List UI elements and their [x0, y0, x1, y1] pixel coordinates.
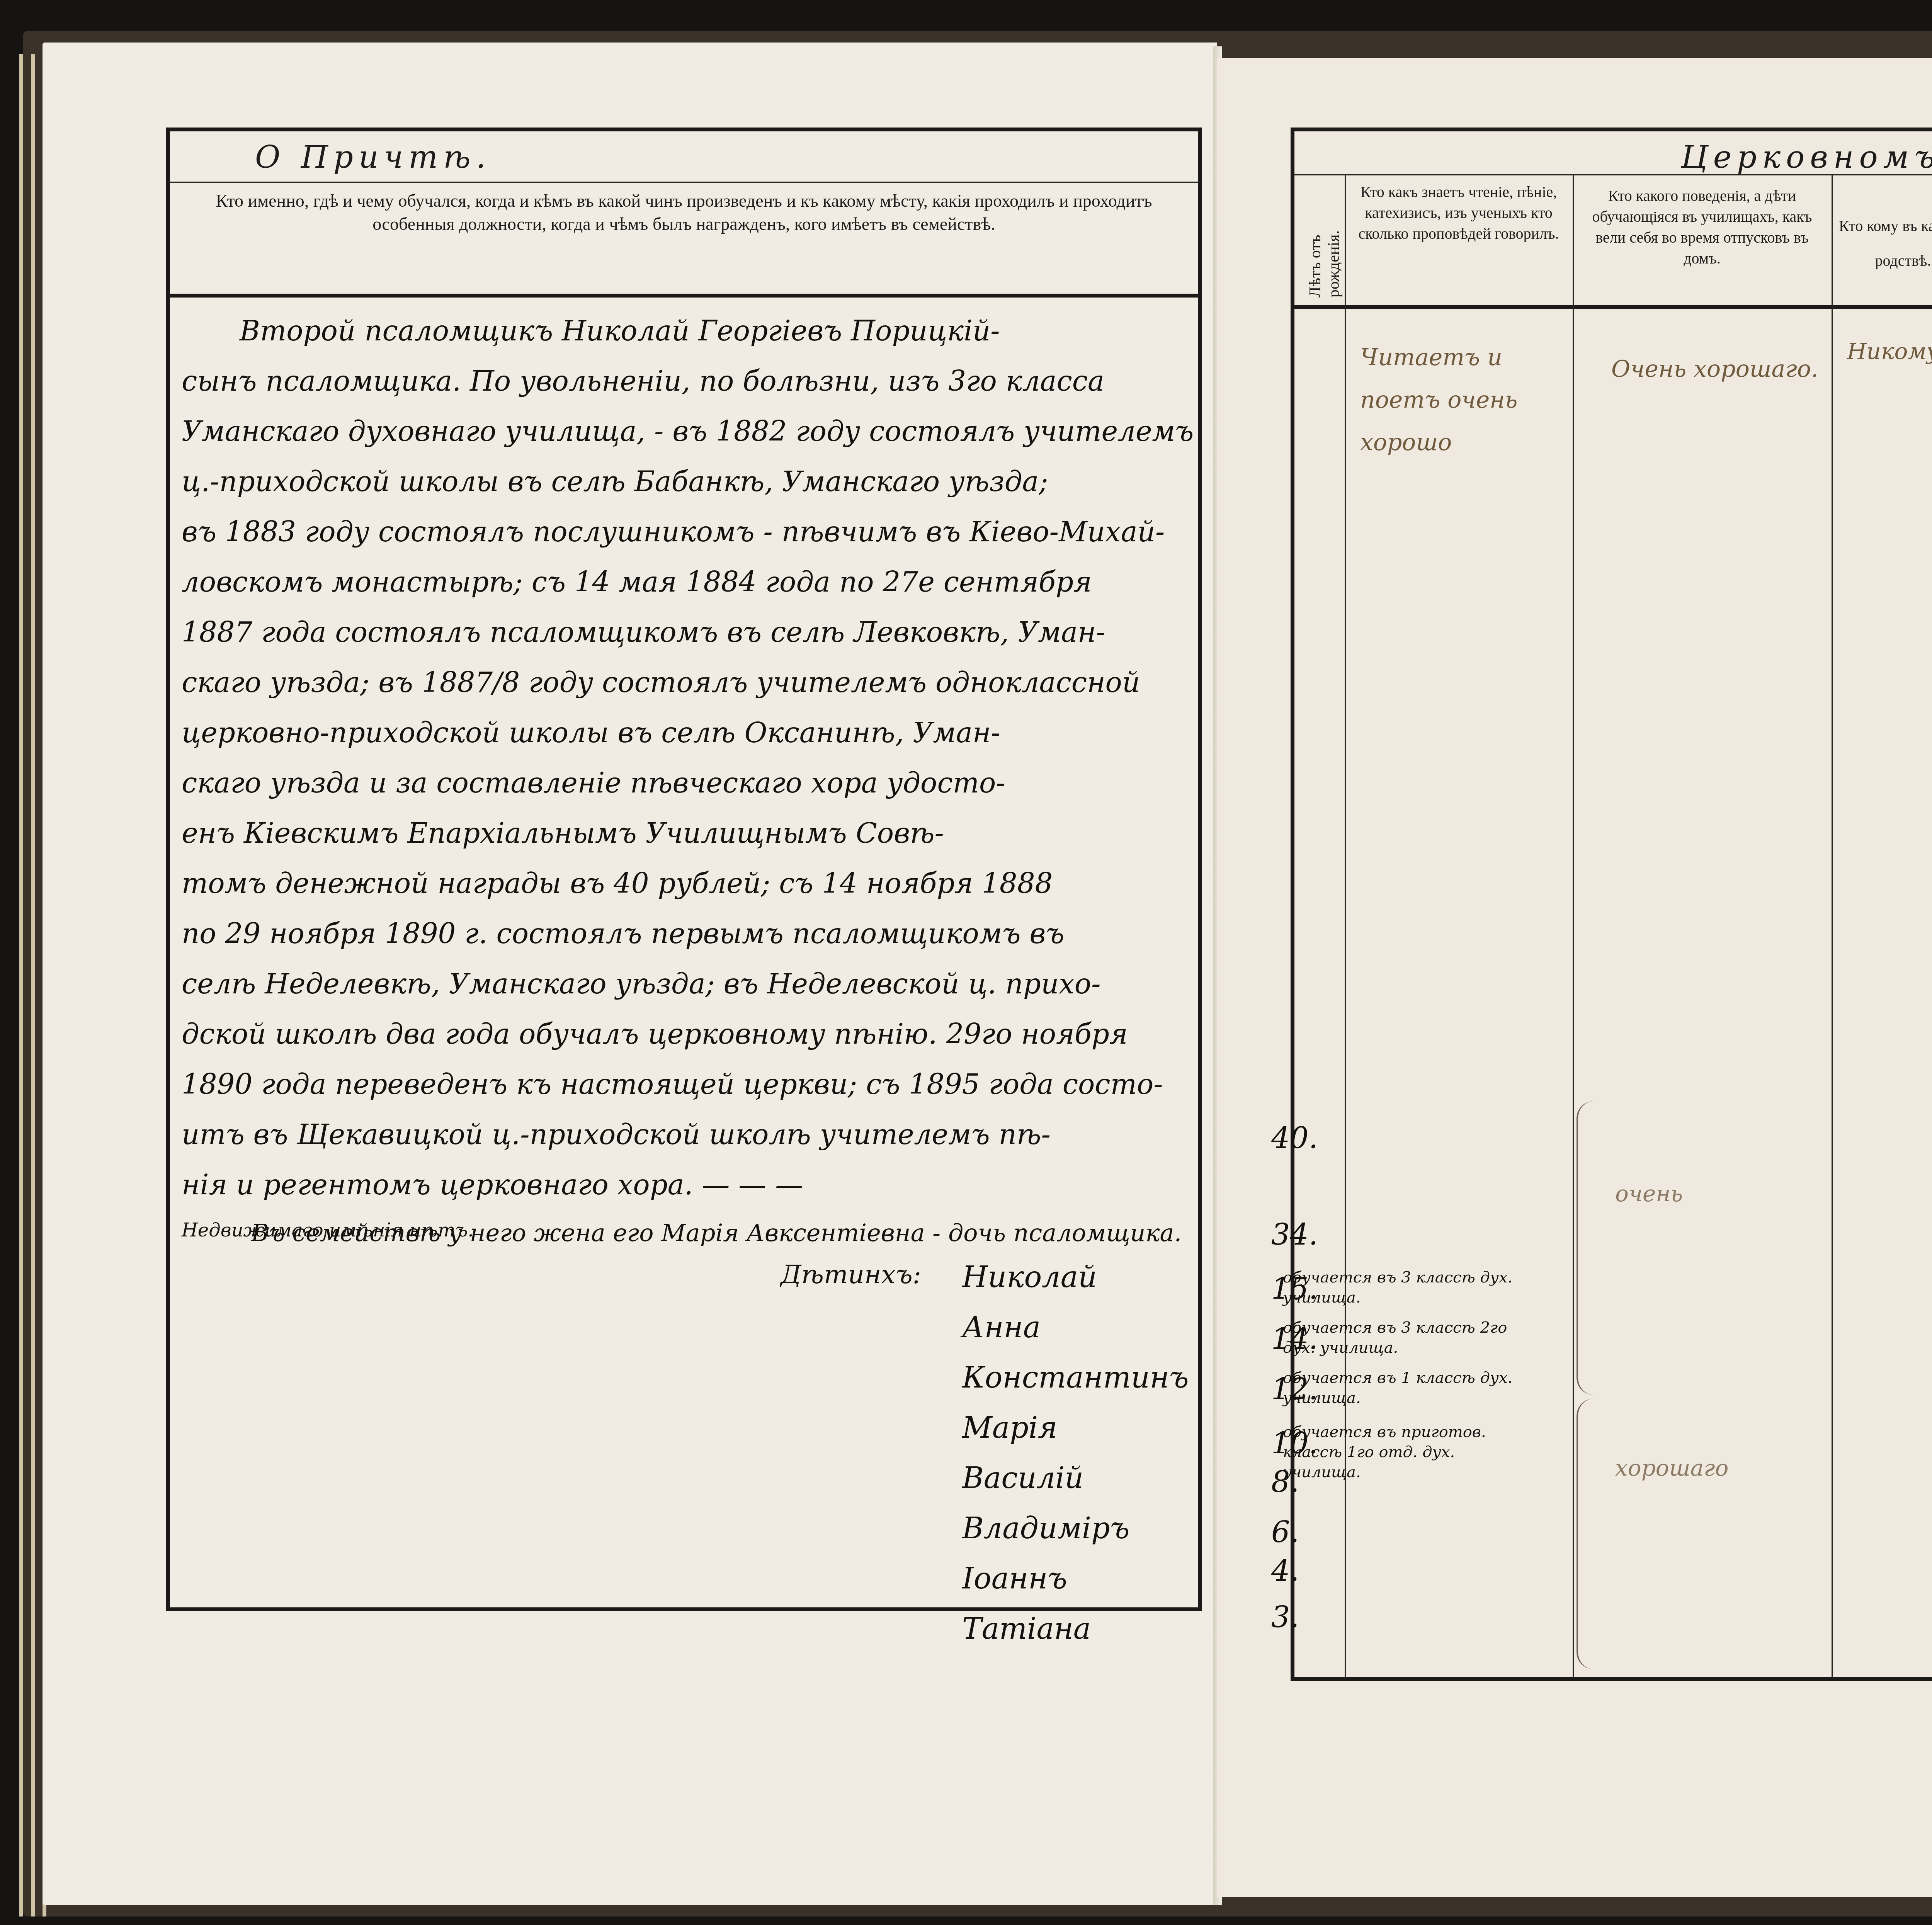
section-title-clergy: О Причтѣ. [255, 139, 491, 175]
entry-line: итъ въ Щекавицкой ц.-приходской школѣ уч… [182, 1121, 1194, 1171]
entry-line: Уманскаго духовнаго училища, - въ 1882 г… [182, 417, 1194, 468]
schooling-note: обучается въ 3 классѣ дух. училища. [1283, 1267, 1522, 1308]
entry-line: сынъ псаломщика. По увольненіи, по болѣз… [182, 367, 1194, 417]
entry-line: Второй псаломщикъ Николай Георгіевъ Пори… [182, 317, 1194, 367]
entry-line: по 29 ноября 1890 г. состоялъ первымъ пс… [182, 920, 1194, 970]
column-header-knowledge: Кто какъ знаетъ чтеніе, пѣніе, катехизис… [1349, 182, 1569, 244]
child-name: Константинъ [962, 1360, 1189, 1394]
schooling-note: обучается въ приготов. классѣ 1го отд. д… [1283, 1422, 1522, 1482]
age-value: 4. [1271, 1553, 1299, 1588]
entry-line: нія и регентомъ церковнаго хора. — — — [182, 1171, 1194, 1221]
cell-knowledge: Читаетъ и поетъ очень хорошо [1360, 336, 1561, 464]
entry-line: въ 1883 году состоялъ послушникомъ - пѣв… [182, 518, 1194, 568]
age-value: 6. [1271, 1515, 1299, 1549]
clergy-entry-text: Второй псаломщикъ Николай Георгіевъ Пори… [182, 317, 1194, 1256]
brace-bracket [1577, 1399, 1594, 1669]
conduct-annotation: хорошаго [1615, 1457, 1728, 1479]
cell-kinship: Никому [1847, 340, 1932, 362]
title-divider [170, 182, 1198, 183]
brace-bracket [1577, 1101, 1594, 1395]
cell-conduct: Очень хорошаго. [1611, 340, 1828, 398]
child-name: Василій [962, 1461, 1083, 1495]
column-divider [1832, 174, 1833, 1677]
column-header-conduct: Кто какого поведенія, а дѣти обучающіяся… [1577, 185, 1828, 269]
entry-line: 1887 года состоялъ псаломщикомъ въ селѣ … [182, 618, 1194, 668]
column-header-kinship: Кто кому въ какомъ родствѣ. [1835, 209, 1932, 278]
entry-line: 1890 года переведенъ къ настоящей церкви… [182, 1070, 1194, 1121]
entry-line: скаго уѣзда; въ 1887/8 году состоялъ учи… [182, 668, 1194, 719]
schooling-note: обучается въ 3 классѣ 2го дух. училища. [1283, 1318, 1522, 1358]
family-line: Въ семействѣ у него жена его Марія Авксе… [251, 1221, 1182, 1245]
child-name: Іоаннъ [962, 1561, 1067, 1595]
entry-line: скаго уѣзда и за составленіе пѣвческаго … [182, 769, 1194, 819]
age-value: 8. [1271, 1464, 1299, 1499]
column-header-age: Лѣтъ отъ рожденія. [1306, 185, 1343, 298]
conduct-annotation: очень [1615, 1182, 1683, 1205]
child-name: Анна [962, 1310, 1041, 1344]
age-value: 3. [1271, 1600, 1299, 1634]
column-header-clergy-record: Кто именно, гдѣ и чему обучался, когда и… [182, 189, 1186, 236]
entry-line: ц.-приходской школы въ селѣ Бабанкѣ, Ума… [182, 468, 1194, 518]
entry-line: ловскомъ монастырѣ; съ 14 мая 1884 года … [182, 568, 1194, 618]
entry-line: селѣ Неделевкѣ, Уманскаго уѣзда; въ Неде… [182, 970, 1194, 1020]
section-title-church: Церковномъ. [1681, 139, 1932, 175]
schooling-note: обучается въ 1 классѣ дух. училища. [1283, 1368, 1522, 1408]
header-divider [1294, 305, 1932, 309]
child-name: Татіана [962, 1611, 1091, 1646]
child-name: Владиміръ [962, 1511, 1129, 1545]
child-name: Николай [962, 1260, 1097, 1294]
column-divider [1573, 174, 1574, 1677]
entry-line: томъ денежной награды въ 40 рублей; съ 1… [182, 869, 1194, 920]
child-name: Марія [962, 1410, 1057, 1445]
entry-line: енъ Кіевскимъ Епархіальнымъ Училищнымъ С… [182, 819, 1194, 869]
age-value: 34. [1271, 1217, 1318, 1252]
entry-line: церковно-приходской школы въ селѣ Оксани… [182, 719, 1194, 769]
entry-line: дской школѣ два года обучалъ церковному … [182, 1020, 1194, 1070]
header-divider [170, 294, 1198, 298]
age-value: 40. [1271, 1121, 1318, 1155]
children-label: Дѣтинхъ: [781, 1260, 921, 1289]
